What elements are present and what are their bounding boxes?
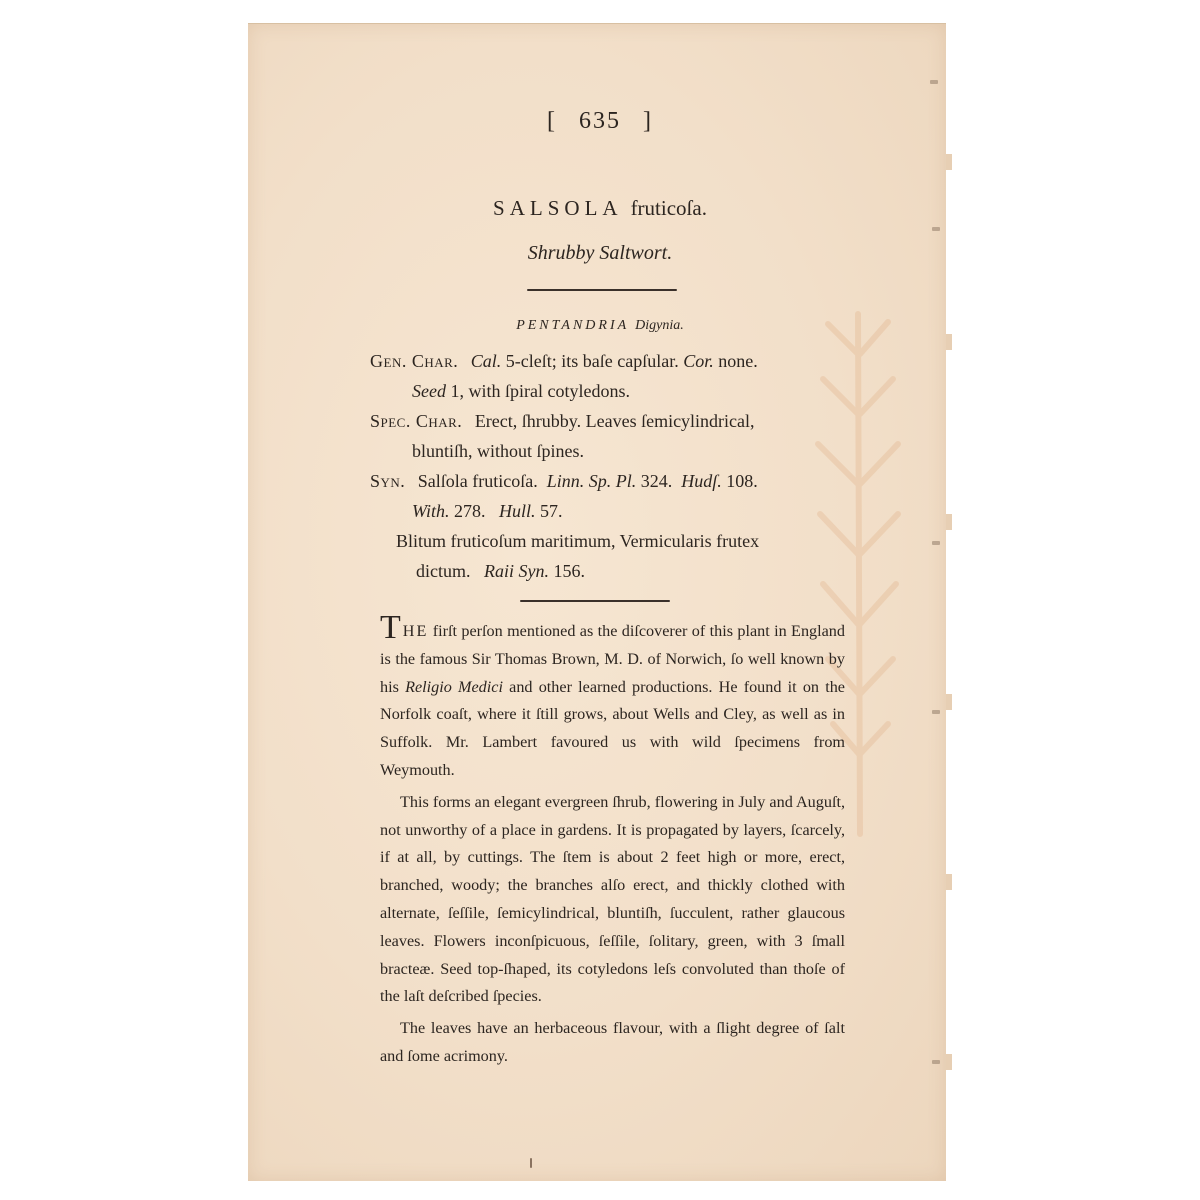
binding-hole: [930, 80, 938, 84]
generic-character: Gen. Char. Cal. 5-cleſt; its baſe capſul…: [370, 346, 840, 406]
binding-hole: [932, 227, 940, 231]
paragraph: The leaves have an herbaceous flavour, w…: [380, 1015, 845, 1071]
divider-rule: [520, 600, 670, 602]
classification-line: PENTANDRIADigynia.: [0, 318, 1200, 334]
specific-character: Spec. Char. Erect, ſhrubby. Leaves ſemic…: [370, 406, 840, 466]
paper-speck: [530, 1158, 532, 1168]
paragraph: THE firſt perſon mentioned as the diſcov…: [380, 618, 845, 785]
synonyms: Syn. Salſola fruticoſa. Linn. Sp. Pl. 32…: [370, 466, 840, 586]
common-name: Shrubby Saltwort.: [0, 242, 1200, 265]
page-title: SALSOLAfruticoſa.: [0, 196, 1200, 221]
descriptive-text: THE firſt perſon mentioned as the diſcov…: [380, 618, 845, 1071]
paragraph: This forms an elegant evergreen ſhrub, f…: [380, 789, 845, 1011]
page-number: [635]: [0, 108, 1200, 135]
binding-hole: [932, 710, 940, 714]
genus-name: SALSOLA: [493, 196, 623, 220]
drop-cap: T: [380, 609, 401, 646]
divider-rule: [527, 289, 677, 291]
species-name: fruticoſa.: [631, 196, 707, 220]
binding-hole: [932, 1060, 940, 1064]
binding-hole: [932, 541, 940, 545]
